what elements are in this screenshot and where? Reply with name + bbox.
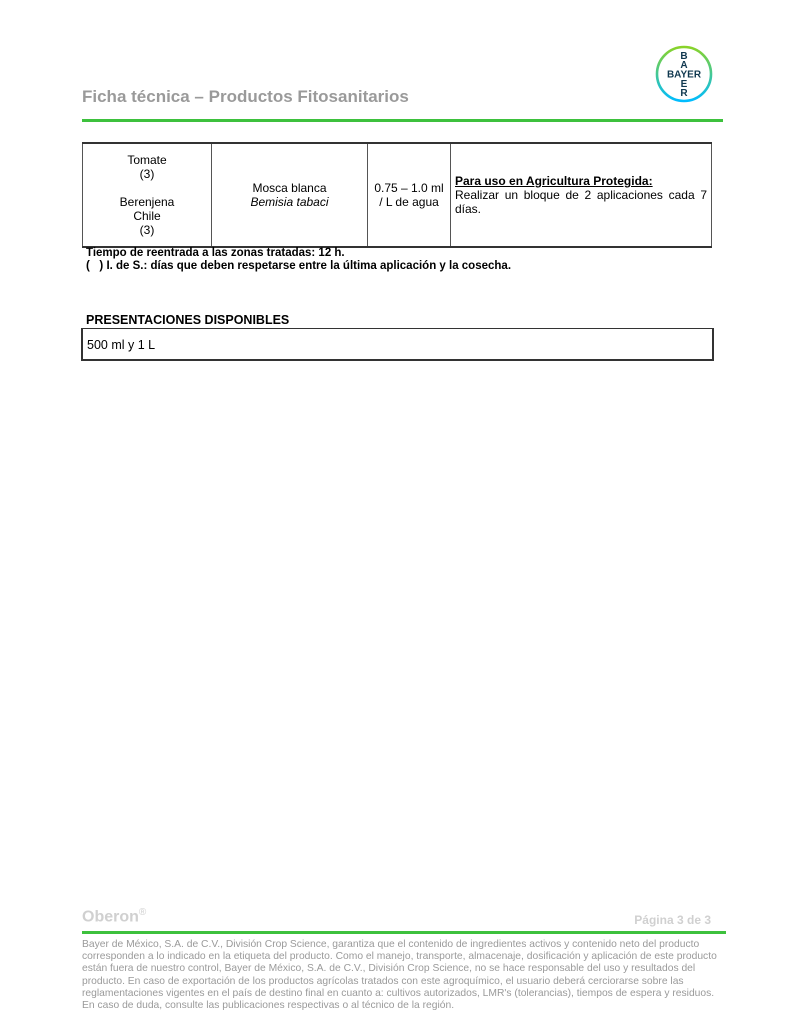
table-notes: Tiempo de reentrada a las zonas tratadas… — [86, 247, 511, 273]
crop-interval: (3) — [87, 223, 207, 237]
recommendation-cell: Para uso en Agricultura Protegida: Reali… — [451, 143, 712, 247]
dose-unit: / L de agua — [372, 195, 446, 209]
table-row: Tomate (3) Berenjena Chile (3) Mosca bla… — [83, 143, 712, 247]
page-title: Ficha técnica – Productos Fitosanitarios — [82, 87, 409, 107]
recommendation-heading: Para uso en Agricultura Protegida: — [455, 174, 707, 188]
bayer-logo: B A BAYER E R — [655, 45, 713, 103]
crops-cell: Tomate (3) Berenjena Chile (3) — [83, 143, 212, 247]
pest-scientific-name: Bemisia tabaci — [216, 195, 363, 209]
registered-mark: ® — [139, 907, 146, 918]
page-number: Página 3 de 3 — [634, 913, 711, 927]
dose-cell: 0.75 – 1.0 ml / L de agua — [368, 143, 451, 247]
crop-name: Chile — [87, 209, 207, 223]
safety-interval-note: ( ) I. de S.: días que deben respetarse … — [86, 260, 511, 273]
presentations-heading: PRESENTACIONES DISPONIBLES — [86, 313, 289, 327]
dose-amount: 0.75 – 1.0 ml — [372, 181, 446, 195]
pest-cell: Mosca blanca Bemisia tabaci — [212, 143, 368, 247]
application-table: Tomate (3) Berenjena Chile (3) Mosca bla… — [82, 142, 712, 248]
svg-text:R: R — [680, 88, 688, 99]
footer-product-name: Oberon® — [82, 907, 146, 926]
bayer-cross-icon: B A BAYER E R — [655, 45, 713, 103]
pest-common-name: Mosca blanca — [216, 181, 363, 195]
presentations-value: 500 ml y 1 L — [87, 338, 155, 352]
reentry-note: Tiempo de reentrada a las zonas tratadas… — [86, 247, 511, 260]
product-name: Oberon — [82, 908, 139, 925]
presentations-box: 500 ml y 1 L — [81, 328, 714, 361]
header-divider — [82, 119, 723, 122]
recommendation-text: Realizar un bloque de 2 aplicaciones cad… — [455, 188, 707, 216]
disclaimer-text: Bayer de México, S.A. de C.V., División … — [82, 939, 722, 1012]
crop-interval: (3) — [87, 167, 207, 181]
footer-divider — [82, 931, 726, 934]
crop-name: Berenjena — [87, 195, 207, 209]
crop-name: Tomate — [87, 153, 207, 167]
